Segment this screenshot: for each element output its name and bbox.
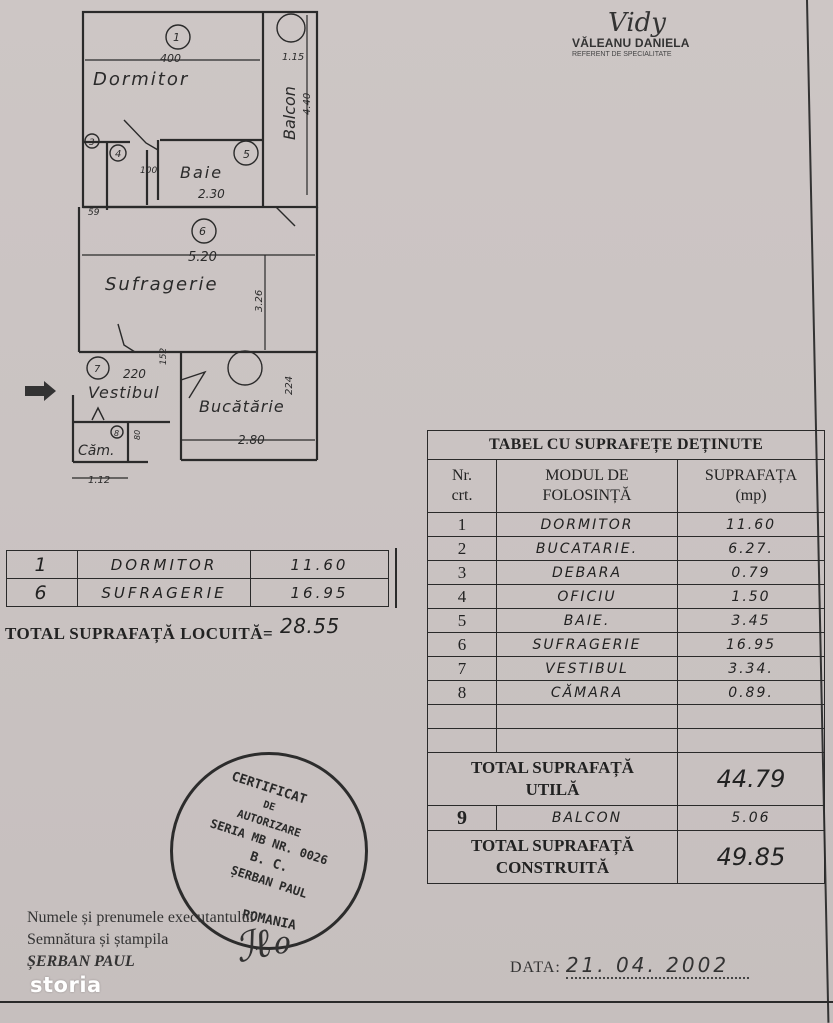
living-area-table: 1 DORMITOR 11.60 6 SUFRAGERIE 16.95 (6, 550, 389, 607)
row-room: CĂMARA (497, 681, 678, 705)
table-row: 5BAIE.3.45 (428, 609, 825, 633)
row-room: OFICIU (497, 585, 678, 609)
row-nr: 1 (428, 513, 497, 537)
total-utila-line1: TOTAL SUPRAFAȚĂ (428, 757, 677, 779)
total-living-area: TOTAL SUPRAFAȚĂ LOCUITĂ= 28.55 (5, 620, 340, 644)
svg-text:3: 3 (89, 138, 95, 148)
date-block: DATA: 21. 04. 2002 (510, 953, 749, 977)
table-row: 2BUCATARIE.6.27. (428, 537, 825, 561)
table-row: 3DEBARA0.79 (428, 561, 825, 585)
balcon-nr: 9 (428, 806, 497, 831)
table-row: 6 SUFRAGERIE 16.95 (7, 579, 389, 607)
svg-text:224: 224 (284, 376, 295, 395)
svg-text:152: 152 (159, 348, 169, 365)
svg-text:Bucătărie: Bucătărie (199, 397, 285, 416)
row-room (497, 705, 678, 729)
svg-text:400: 400 (160, 52, 181, 65)
header-nr: Nr. crt. (428, 460, 497, 513)
floor-plan-drawing: 1 400 Dormitor 1.15 Balcon 4.40 3 4 5 Ba… (0, 0, 340, 490)
table-row-empty (428, 729, 825, 753)
total-construita-value: 49.85 (678, 831, 825, 884)
row-room: BAIE. (497, 609, 678, 633)
row-nr: 2 (428, 537, 497, 561)
svg-text:1.12: 1.12 (88, 475, 110, 486)
svg-text:6: 6 (199, 225, 206, 238)
balcon-area: 5.06 (678, 806, 825, 831)
svg-text:Căm.: Căm. (78, 443, 114, 459)
header-mod-line2: FOLOSINȚĂ (497, 486, 677, 506)
entry-arrow-icon (25, 381, 56, 401)
header-suprafata: SUPRAFAȚA (mp) (678, 460, 825, 513)
total-construita-row: TOTAL SUPRAFAȚĂ CONSTRUITĂ 49.85 (428, 831, 825, 884)
table-row: 1DORMITOR11.60 (428, 513, 825, 537)
row-room: SUFRAGERIE (78, 579, 251, 607)
row-area (678, 729, 825, 753)
svg-text:8: 8 (114, 429, 119, 438)
svg-text:Balcon: Balcon (280, 86, 299, 140)
svg-text:5: 5 (243, 148, 250, 161)
header-mod: MODUL DE FOLOSINȚĂ (497, 460, 678, 513)
row-nr (428, 729, 497, 753)
date-label: DATA: (510, 959, 561, 976)
storia-watermark: storia (30, 973, 102, 997)
row-area: 11.60 (678, 513, 825, 537)
balcon-room: BALCON (497, 806, 678, 831)
svg-text:4.40: 4.40 (302, 93, 313, 115)
header-mod-line1: MODUL DE (497, 466, 677, 486)
row-room: DORMITOR (497, 513, 678, 537)
row-area: 0.89. (678, 681, 825, 705)
balcon-row: 9 BALCON 5.06 (428, 806, 825, 831)
referent-signature: Vidy (608, 8, 732, 36)
row-room: DEBARA (497, 561, 678, 585)
svg-text:59: 59 (88, 208, 100, 218)
executant-name: ȘERBAN PAUL (27, 951, 254, 973)
row-room: DORMITOR (78, 551, 251, 579)
referent-signature-block: Vidy VĂLEANU DANIELA REFERENT DE SPECIAL… (572, 8, 732, 58)
row-nr (428, 705, 497, 729)
svg-text:4: 4 (115, 149, 121, 160)
svg-text:Vestibul: Vestibul (88, 383, 160, 402)
table-header-row: Nr. crt. MODUL DE FOLOSINȚĂ SUPRAFAȚA (m… (428, 460, 825, 513)
row-nr: 5 (428, 609, 497, 633)
svg-text:3.26: 3.26 (254, 290, 265, 312)
referent-role: REFERENT DE SPECIALITATE (572, 51, 732, 58)
row-nr: 6 (428, 633, 497, 657)
row-area: 16.95 (678, 633, 825, 657)
table-row: 8CĂMARA0.89. (428, 681, 825, 705)
total-utila-value: 44.79 (678, 753, 825, 806)
executant-label: Numele și prenumele executantului (27, 907, 254, 929)
total-construita-line2: CONSTRUITĂ (428, 857, 677, 879)
row-room (497, 729, 678, 753)
table-row: 6SUFRAGERIE16.95 (428, 633, 825, 657)
row-nr: 6 (7, 579, 78, 607)
header-nr-line1: Nr. (428, 466, 496, 486)
table-row: 7VESTIBUL3.34. (428, 657, 825, 681)
row-nr: 7 (428, 657, 497, 681)
executant-block: Numele și prenumele executantului Semnăt… (27, 907, 254, 973)
svg-text:Sufragerie: Sufragerie (105, 274, 219, 295)
header-sup-line1: SUPRAFAȚA (678, 466, 824, 486)
svg-text:100: 100 (140, 166, 157, 176)
row-area: 3.34. (678, 657, 825, 681)
svg-text:5.20: 5.20 (188, 250, 217, 265)
svg-text:7: 7 (94, 364, 101, 375)
table-row: 4OFICIU1.50 (428, 585, 825, 609)
row-area: 1.50 (678, 585, 825, 609)
floor-plan: 1 400 Dormitor 1.15 Balcon 4.40 3 4 5 Ba… (0, 0, 340, 490)
table-divider (395, 548, 397, 608)
header-nr-line2: crt. (428, 486, 496, 506)
signature-label: Semnătura și ștampila (27, 929, 254, 951)
surfaces-table: TABEL CU SUPRAFEȚE DEȚINUTE Nr. crt. MOD… (427, 430, 825, 884)
total-living-label: TOTAL SUPRAFAȚĂ LOCUITĂ= (5, 624, 273, 643)
date-value: 21. 04. 2002 (566, 953, 749, 979)
table-row: 1 DORMITOR 11.60 (7, 551, 389, 579)
header-sup-line2: (mp) (678, 486, 824, 506)
total-utila-line2: UTILĂ (428, 779, 677, 801)
svg-text:1.15: 1.15 (282, 52, 304, 63)
row-area: 6.27. (678, 537, 825, 561)
svg-text:2.30: 2.30 (198, 187, 225, 201)
row-nr: 3 (428, 561, 497, 585)
svg-text:80: 80 (133, 430, 142, 440)
referent-name: VĂLEANU DANIELA (572, 36, 732, 50)
total-construita-label: TOTAL SUPRAFAȚĂ CONSTRUITĂ (428, 831, 678, 884)
row-room: SUFRAGERIE (497, 633, 678, 657)
svg-text:2.80: 2.80 (238, 433, 265, 447)
total-construita-line1: TOTAL SUPRAFAȚĂ (428, 835, 677, 857)
bottom-rule (0, 1001, 833, 1003)
svg-text:Baie: Baie (180, 163, 223, 182)
total-utila-row: TOTAL SUPRAFAȚĂ UTILĂ 44.79 (428, 753, 825, 806)
svg-text:220: 220 (123, 367, 146, 381)
total-living-value: 28.55 (280, 614, 340, 638)
row-room: VESTIBUL (497, 657, 678, 681)
table-title: TABEL CU SUPRAFEȚE DEȚINUTE (428, 431, 825, 460)
row-nr: 8 (428, 681, 497, 705)
row-area: 0.79 (678, 561, 825, 585)
total-utila-label: TOTAL SUPRAFAȚĂ UTILĂ (428, 753, 678, 806)
row-nr: 1 (7, 551, 78, 579)
row-room: BUCATARIE. (497, 537, 678, 561)
table-row-empty (428, 705, 825, 729)
row-area (678, 705, 825, 729)
row-area: 11.60 (251, 551, 389, 579)
row-nr: 4 (428, 585, 497, 609)
row-area: 16.95 (251, 579, 389, 607)
row-area: 3.45 (678, 609, 825, 633)
svg-text:1: 1 (173, 31, 180, 44)
svg-text:Dormitor: Dormitor (93, 69, 189, 90)
